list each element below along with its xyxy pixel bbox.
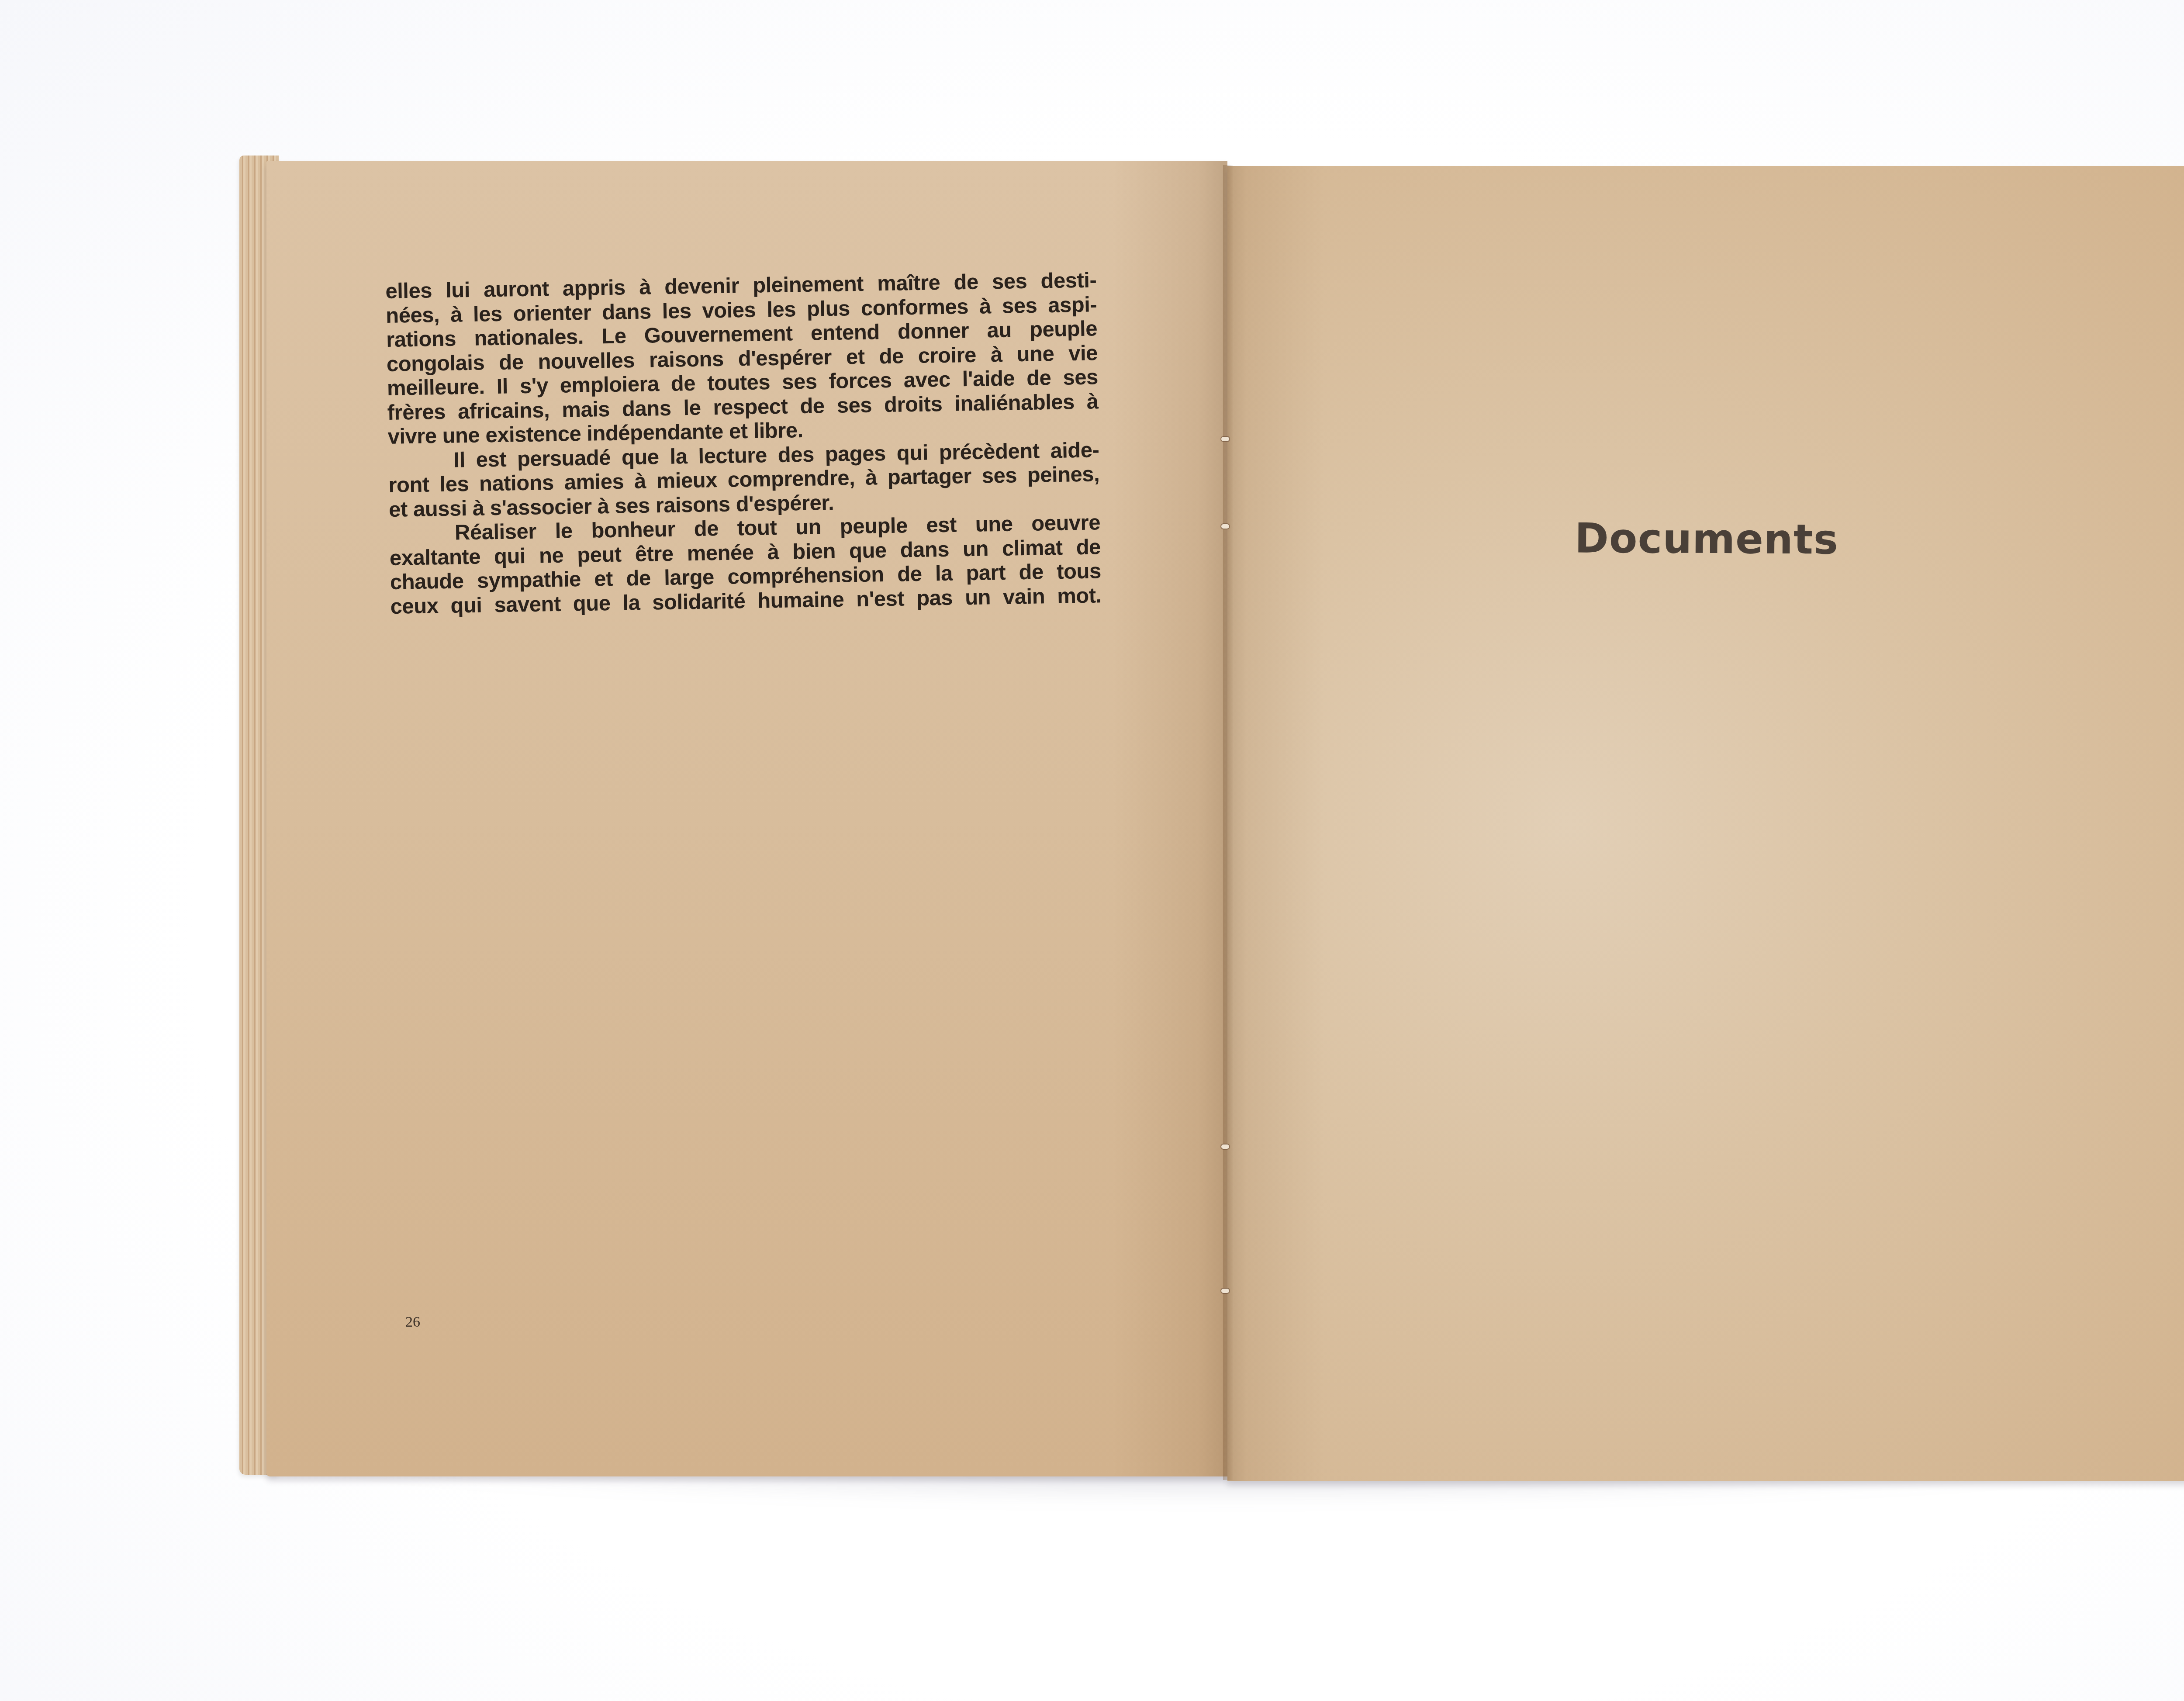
section-title: Documents: [1575, 515, 1838, 564]
staple-hole: [1221, 1144, 1229, 1149]
staple-hole: [1221, 1289, 1229, 1293]
staple-hole: [1221, 524, 1229, 529]
body-text: elles lui auront appris à devenir pleine…: [385, 268, 1102, 619]
page-number: 26: [405, 1314, 420, 1331]
book-gutter: [1223, 165, 1233, 1480]
right-page: [1227, 166, 2184, 1481]
staple-hole: [1221, 437, 1229, 441]
